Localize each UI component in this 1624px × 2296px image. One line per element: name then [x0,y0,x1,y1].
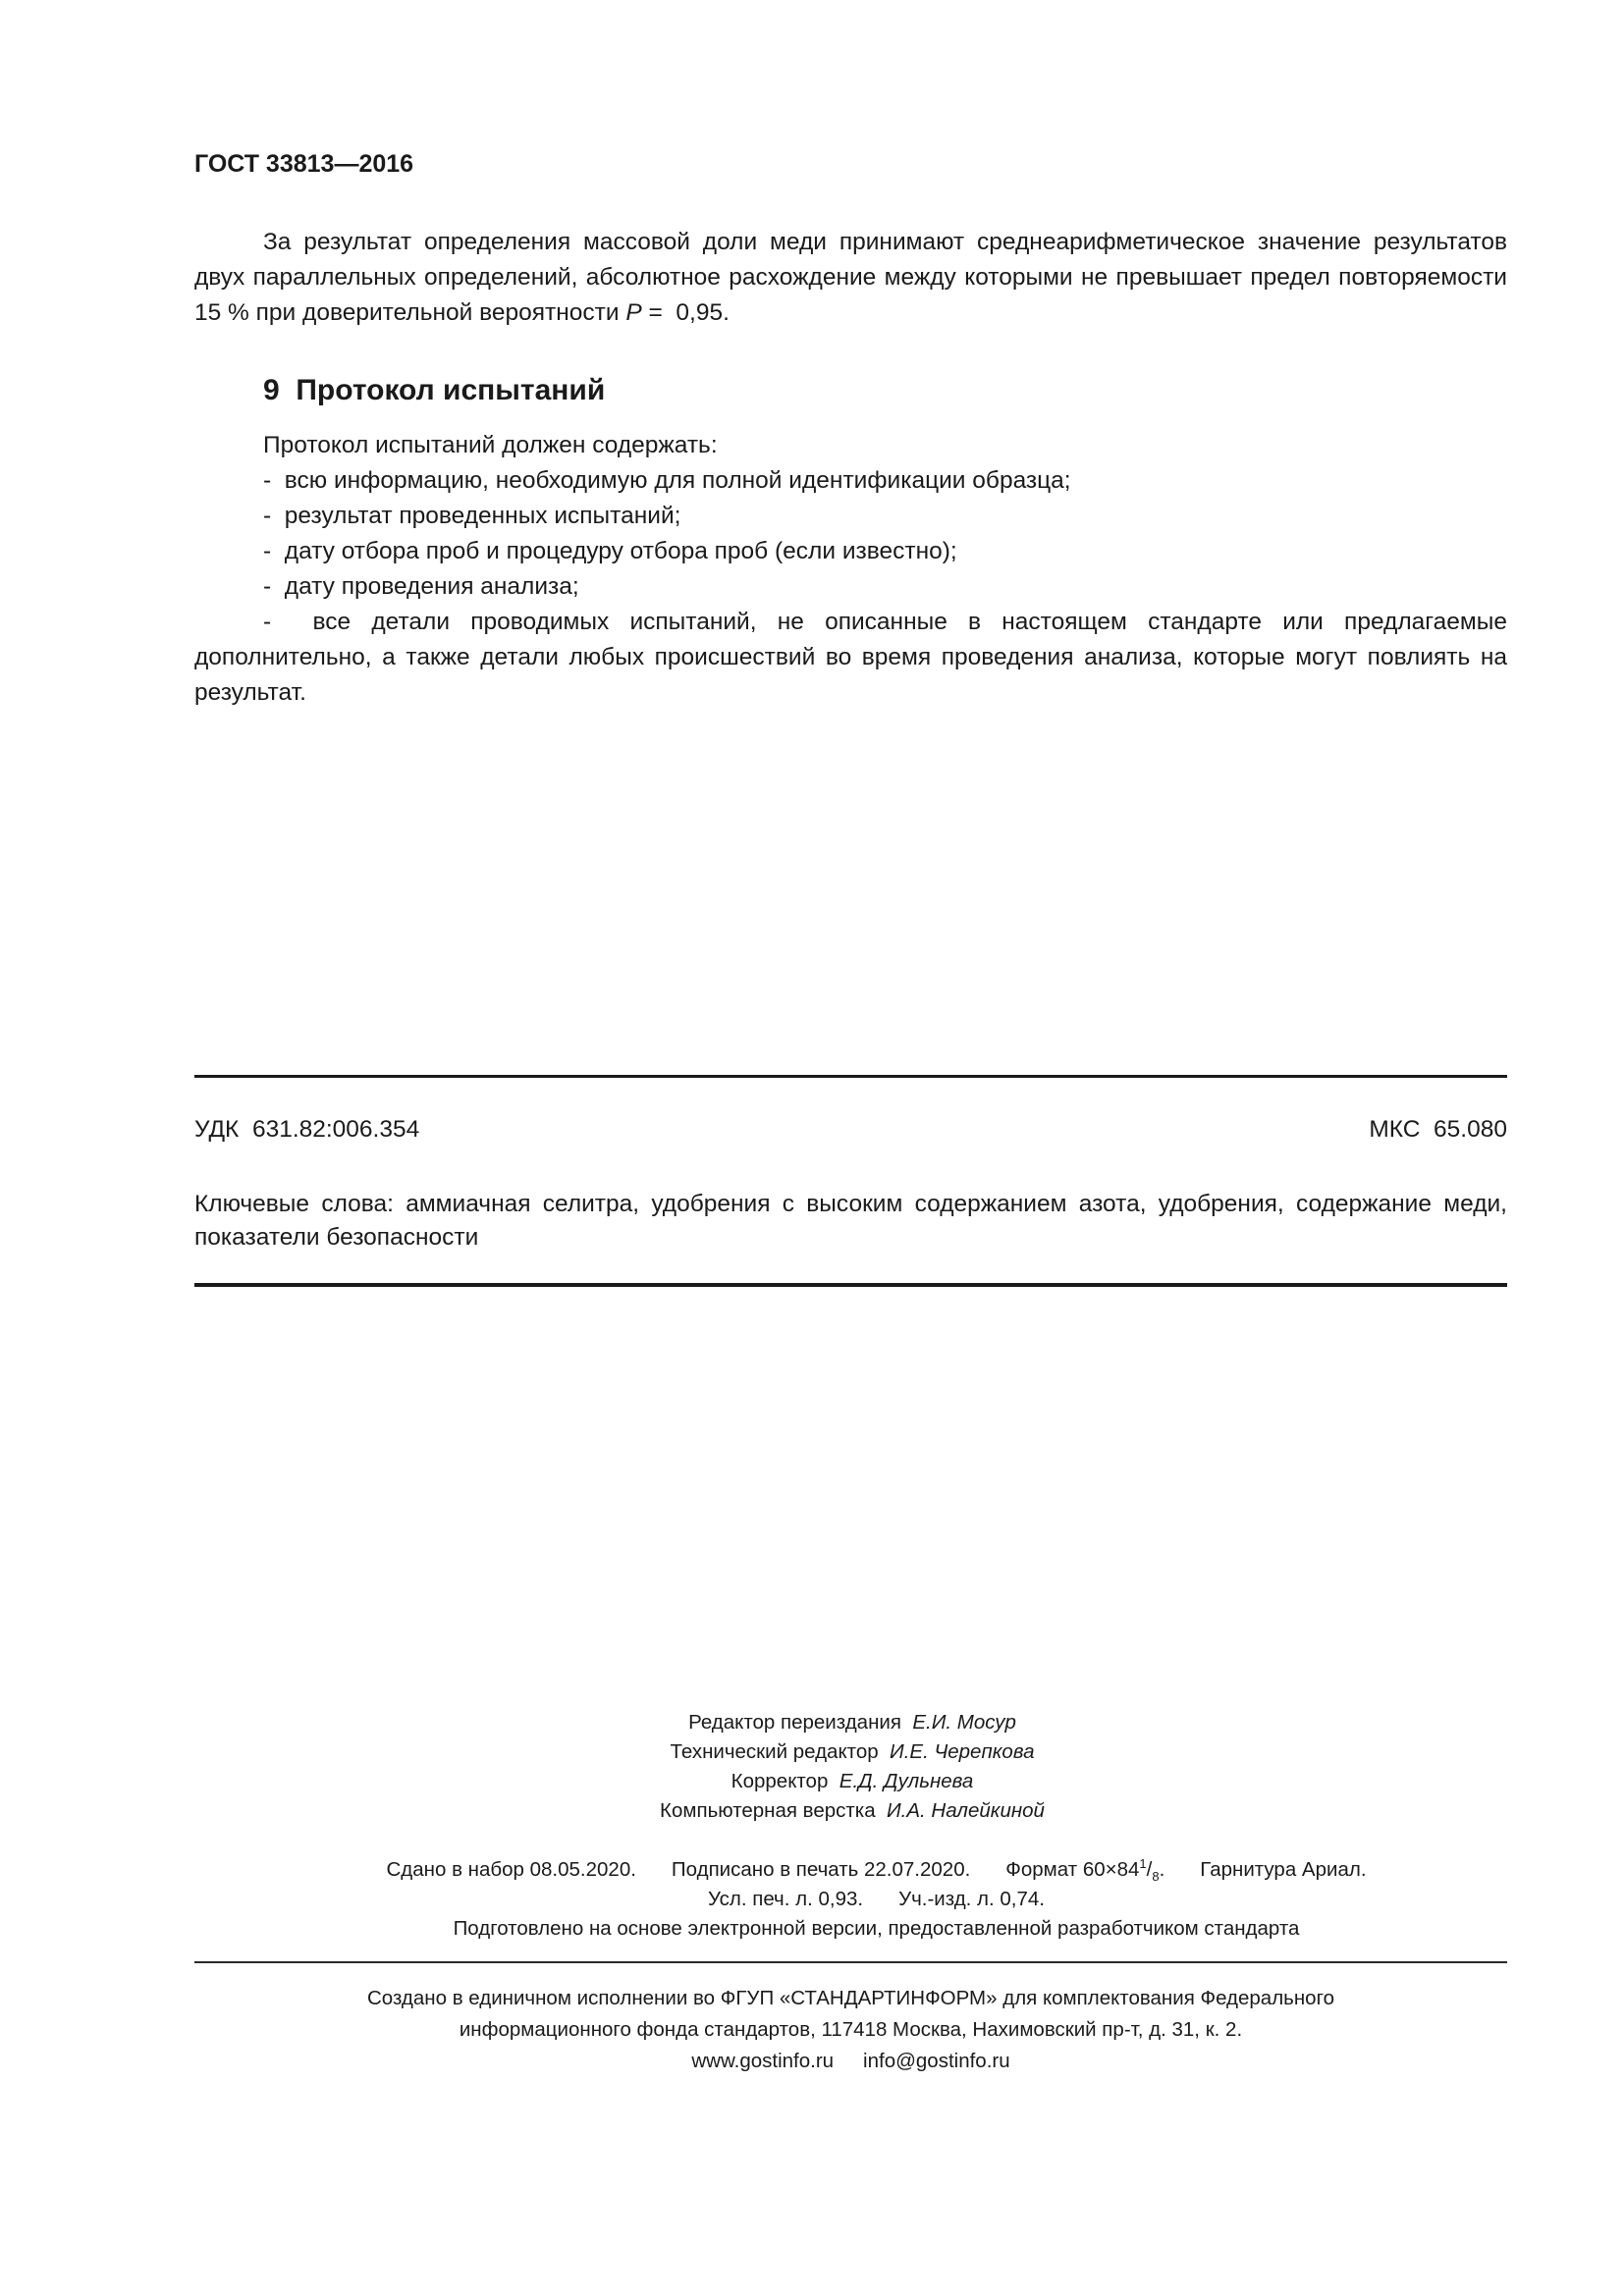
result-paragraph: За результат определения массовой доли м… [194,225,1507,331]
list-item: - результат проведенных испытаний; [194,499,1507,534]
publisher-line-2: информационного фонда стандартов, 117418… [194,2014,1507,2046]
typeface: Гарнитура Ариал. [1200,1858,1366,1881]
website-link[interactable]: www.gostinfo.ru [691,2050,834,2072]
credits-block: Редактор переиздания Е.И. Мосур Техничес… [0,1708,1624,1826]
submitted-date: Сдано в набор 08.05.2020. [386,1858,635,1881]
format-suffix: . [1160,1858,1165,1881]
format-denominator: 8 [1152,1869,1159,1884]
udk-code: УДК 631.82:006.354 [194,1115,419,1145]
credit-name: И.А. Налейкиной [887,1799,1045,1822]
print-sheets: Усл. печ. л. 0,93. [708,1888,863,1910]
credit-name: Е.И. Мосур [912,1711,1016,1734]
publisher-contacts: www.gostinfo.ruinfo@gostinfo.ru [194,2046,1507,2077]
credit-row: Корректор Е.Д. Дульнева [81,1767,1624,1796]
divider-top [194,1075,1507,1078]
imprint-block: Сдано в набор 08.05.2020.Подписано в печ… [245,1855,1507,1944]
standard-header: ГОСТ 33813—2016 [194,149,413,179]
publisher-block: Создано в единичном исполнении во ФГУП «… [194,1983,1507,2077]
imprint-line-1: Сдано в набор 08.05.2020.Подписано в печ… [245,1855,1507,1885]
imprint-line-2: Усл. печ. л. 0,93.Уч.-изд. л. 0,74. [245,1885,1507,1914]
publisher-line-1: Создано в единичном исполнении во ФГУП «… [194,1983,1507,2014]
divider-thin [194,1961,1507,1963]
credit-role: Редактор переиздания [688,1711,901,1734]
list-item: - всю информацию, необходимую для полной… [194,463,1507,499]
section-heading: 9 Протокол испытаний [263,374,605,407]
credit-role: Корректор [731,1770,829,1792]
publication-sheets: Уч.-изд. л. 0,74. [898,1888,1045,1910]
p-symbol: P [625,299,641,326]
p-value: = 0,95. [642,299,730,326]
signed-date: Подписано в печать 22.07.2020. [672,1858,970,1881]
credit-role: Технический редактор [671,1740,879,1763]
keywords: Ключевые слова: аммиачная селитра, удобр… [194,1188,1507,1255]
mks-code: МКС 65.080 [1369,1115,1507,1145]
protocol-intro: Протокол испытаний должен содержать: [194,428,1507,463]
list-item: - дату отбора проб и процедуру отбора пр… [194,534,1507,569]
credit-name: Е.Д. Дульнева [839,1770,974,1792]
credit-row: Компьютерная верстка И.А. Налейкиной [81,1796,1624,1826]
list-item: - дату проведения анализа; [194,569,1507,605]
divider-bottom [194,1283,1507,1287]
prepared-note: Подготовлено на основе электронной верси… [245,1914,1507,1944]
list-item: - все детали проводимых испытаний, не оп… [194,605,1507,711]
credit-name: И.Е. Черепкова [890,1740,1034,1763]
credit-row: Редактор переиздания Е.И. Мосур [81,1708,1624,1737]
protocol-list: Протокол испытаний должен содержать: - в… [194,428,1507,711]
format-numerator: 1 [1139,1856,1146,1871]
format: Формат 60×84 [1005,1858,1139,1881]
email-link[interactable]: info@gostinfo.ru [863,2050,1010,2072]
credit-role: Компьютерная верстка [660,1799,876,1822]
result-text: За результат определения массовой доли м… [194,229,1507,326]
credit-row: Технический редактор И.Е. Черепкова [81,1737,1624,1767]
